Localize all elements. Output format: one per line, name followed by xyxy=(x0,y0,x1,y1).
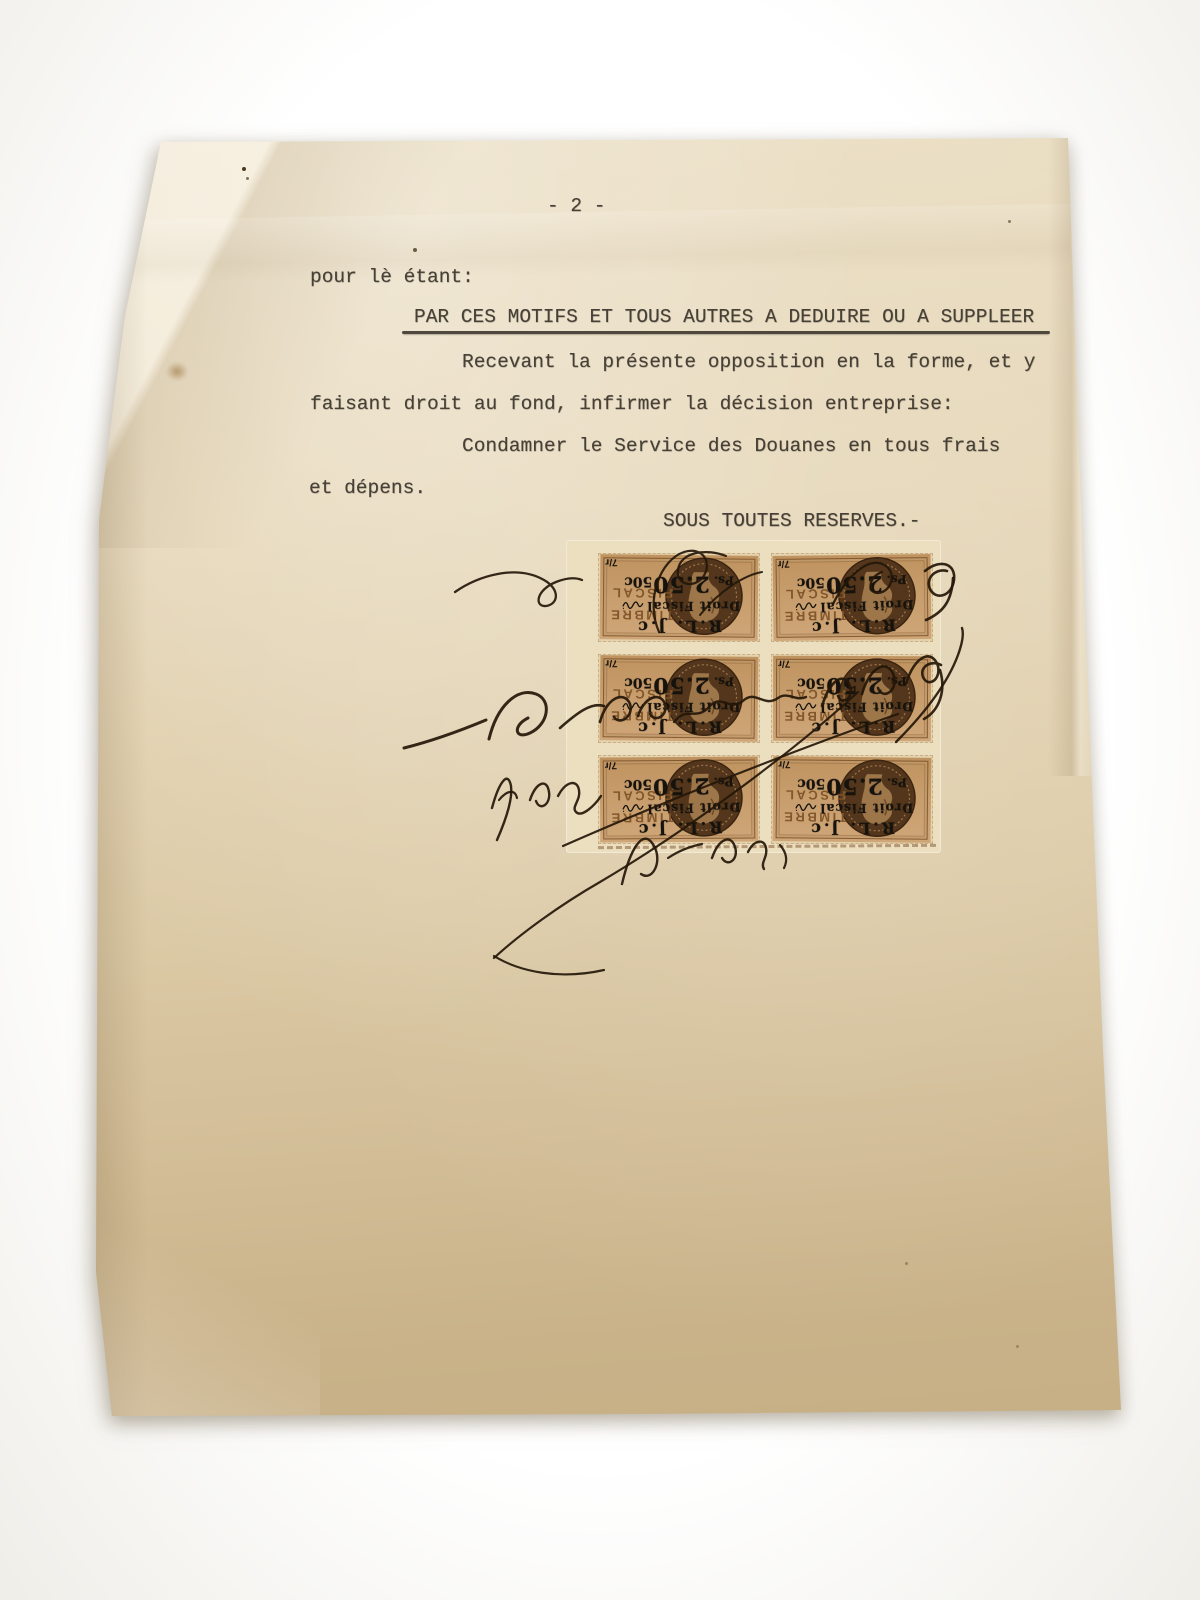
fiscal-stamp: TIMBRE FISCAL R.L. J.c Droit Fiscal Ps. … xyxy=(771,654,933,743)
overprint-cents: 50c xyxy=(797,674,825,690)
overprint-amount: 2.50 xyxy=(652,571,710,598)
overprint-droit-fiscal: Droit Fiscal xyxy=(600,699,758,715)
doc-line-body1: Recevant la présente opposition en la fo… xyxy=(462,351,1035,373)
ink-speck xyxy=(1016,1345,1019,1348)
doc-line-body2: faisant droit au fond, infirmer la décis… xyxy=(310,393,954,415)
ink-speck xyxy=(905,1262,908,1265)
doc-line-intro: pour lè étant: xyxy=(310,266,474,288)
overprint-currency: Ps. xyxy=(887,674,907,688)
overprint-currency: Ps. xyxy=(714,573,734,587)
overprint-value: Ps. 2.5050c xyxy=(772,568,931,599)
fiscal-stamp: TIMBRE FISCAL R.L. J.c Droit Fiscal Ps. … xyxy=(771,755,933,844)
overprint-cents: 50c xyxy=(624,776,652,793)
left-edge-shading xyxy=(94,140,148,1418)
overprint-amount: 2.50 xyxy=(652,772,710,800)
paper-sheet: - 2 - pour lè étant: PAR CES MOTIFS ET T… xyxy=(0,0,1200,1600)
overprint-value: Ps. 2.5050c xyxy=(773,772,931,800)
overprint-droit-fiscal: Droit Fiscal xyxy=(773,699,931,716)
fiscal-stamp: TIMBRE FISCAL R.L. J.c Droit Fiscal Ps. … xyxy=(598,654,760,743)
overprint-amount: 2.50 xyxy=(825,773,883,800)
overprint-currency: Ps. xyxy=(714,674,734,688)
vertical-crease-right xyxy=(1048,136,1100,776)
overprint-fraction: 7/r xyxy=(778,658,790,669)
overprint-rl: R.L. J.c xyxy=(600,616,758,637)
doc-line-body3: Condamner le Service des Douanes en tous… xyxy=(462,435,1000,457)
overprint-droit-text: Droit Fiscal xyxy=(820,597,914,615)
ink-speck xyxy=(242,167,246,171)
ink-speck xyxy=(413,248,417,252)
overprint-value: Ps. 2.5050c xyxy=(600,570,758,598)
ink-speck xyxy=(246,177,249,180)
overprint-cents: 50c xyxy=(624,674,652,690)
overprint-fraction: 7/r xyxy=(605,556,617,567)
heading-underline xyxy=(402,331,1050,334)
overprint-fraction: 7/r xyxy=(605,657,617,668)
overprint-fraction: 7/r xyxy=(605,759,617,770)
overprint-rl: R.L. J.c xyxy=(773,716,931,739)
overprint-fraction: 7/r xyxy=(778,758,790,769)
overprint-fraction: 7/r xyxy=(778,558,790,569)
overprint-value: Ps. 2.5050c xyxy=(600,771,759,801)
fiscal-stamp-block: TIMBRE FISCAL R.L. J.c Droit Fiscal Ps. … xyxy=(566,540,941,853)
document-photo: - 2 - pour lè étant: PAR CES MOTIFS ET T… xyxy=(0,0,1200,1600)
paper-stain xyxy=(166,362,188,381)
overprint-droit-text: Droit Fiscal xyxy=(646,599,740,615)
page-number: - 2 - xyxy=(547,195,606,217)
overprint-droit-text: Droit Fiscal xyxy=(819,699,913,715)
arabic-script-overprint xyxy=(790,803,816,813)
overprint-currency: Ps. xyxy=(886,572,906,587)
fiscal-stamp: TIMBRE FISCAL R.L. J.c Droit Fiscal Ps. … xyxy=(598,755,760,844)
overprint-droit-fiscal: Droit Fiscal xyxy=(600,598,758,614)
overprint-currency: Ps. xyxy=(714,774,734,789)
fold-crease-top-left xyxy=(90,128,490,548)
overprint-rl: R.L. J.c xyxy=(773,818,931,839)
overprint-droit-text: Droit Fiscal xyxy=(646,700,740,716)
bottom-left-crease xyxy=(90,1180,320,1420)
overprint-value: Ps. 2.5050c xyxy=(600,671,758,699)
overprint-droit-text: Droit Fiscal xyxy=(647,800,741,817)
overprint-amount: 2.50 xyxy=(825,671,883,698)
ink-speck xyxy=(1008,220,1011,223)
paper-sheet-wrap: - 2 - pour lè étant: PAR CES MOTIFS ET T… xyxy=(0,0,1200,1600)
overprint-cents: 50c xyxy=(624,573,652,589)
doc-line-heading: PAR CES MOTIFS ET TOUS AUTRES A DEDUIRE … xyxy=(414,306,1034,328)
arabic-script-overprint xyxy=(618,803,644,814)
overprint-currency: Ps. xyxy=(887,775,907,789)
overprint-cents: 50c xyxy=(797,775,825,791)
arabic-script-overprint xyxy=(791,702,817,712)
arabic-script-overprint xyxy=(617,601,643,611)
overprint-cents: 50c xyxy=(797,574,826,591)
arabic-script-overprint xyxy=(617,702,643,712)
overprint-amount: 2.50 xyxy=(825,570,883,598)
overprint-value: Ps. 2.5050c xyxy=(773,671,931,700)
overprint-droit-fiscal: Droit Fiscal xyxy=(773,800,931,816)
arabic-script-overprint xyxy=(791,602,817,613)
doc-line-body4: et dépens. xyxy=(309,477,426,499)
overprint-rl: R.L. J.c xyxy=(600,717,758,738)
overprint-droit-text: Droit Fiscal xyxy=(819,801,913,817)
overprint-amount: 2.50 xyxy=(652,672,710,699)
fiscal-stamp: TIMBRE FISCAL R.L. J.c Droit Fiscal Ps. … xyxy=(771,553,933,642)
fiscal-stamp: TIMBRE FISCAL R.L. J.c Droit Fiscal Ps. … xyxy=(598,553,760,642)
doc-line-closing: SOUS TOUTES RESERVES.- xyxy=(663,510,920,532)
